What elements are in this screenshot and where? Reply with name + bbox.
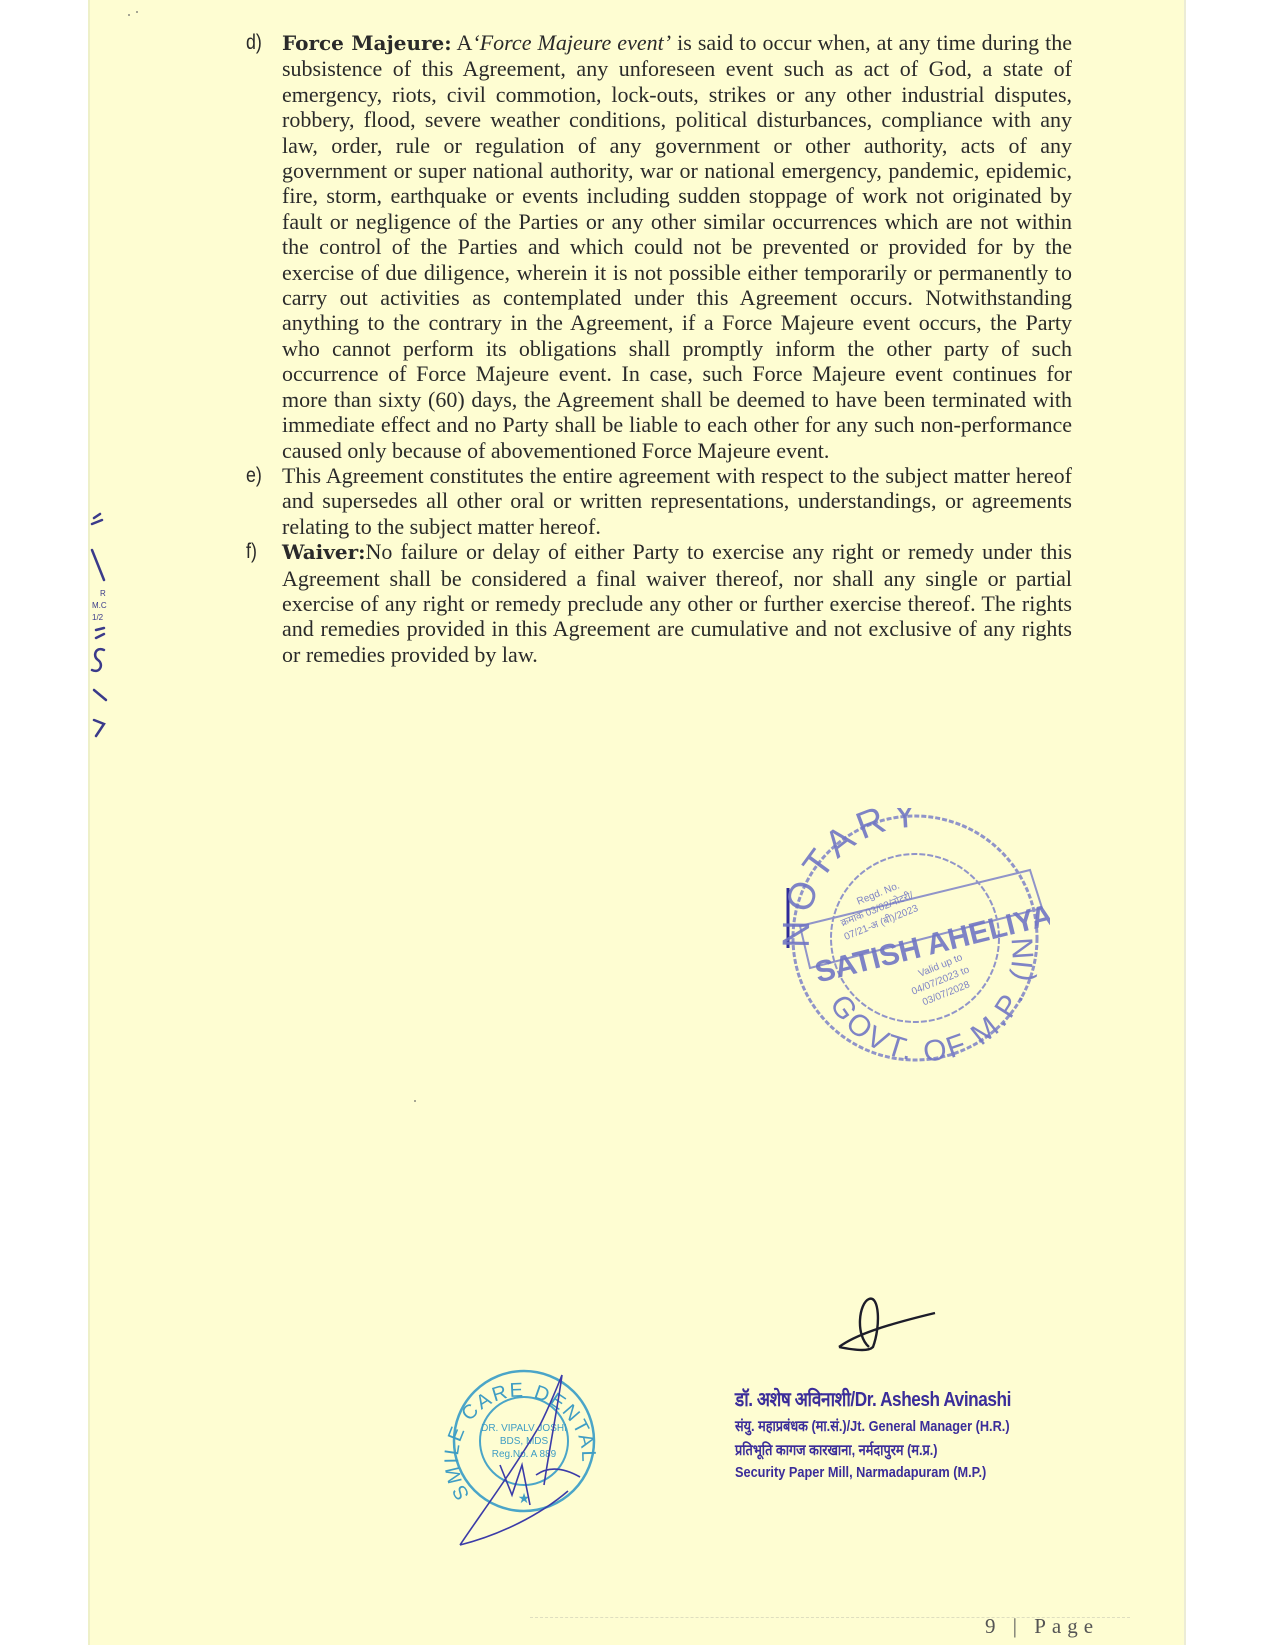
clause-text: This Agreement constitutes the entire ag… [282,463,1072,539]
signature-scribble [835,1295,945,1355]
svg-text:NOTARY: NOTARY [780,808,925,948]
scan-speck [136,11,138,13]
clause-text: No failure or delay of either Party to e… [282,539,1072,667]
clause-defined-term: ‘Force Majeure event’ [472,30,671,55]
clause-marker: f) [246,539,257,564]
clause-force-majeure: d) Force Majeure: A‘Force Majeure event’… [246,30,1072,463]
clinic-qualification: BDS, MDS [500,1436,549,1447]
scan-speck [128,14,130,16]
svg-text:M.C: M.C [92,601,107,610]
clause-marker: e) [246,463,262,488]
svg-text:SMILE CARE DENTAL CLINIC: SMILE CARE DENTAL CLINIC [440,1365,599,1504]
scan-speck [414,1100,416,1102]
clause-list: d) Force Majeure: A‘Force Majeure event’… [246,30,1072,667]
clinic-stamp: SMILE CARE DENTAL CLINIC DR. VIPALV JOSH… [440,1365,610,1555]
notary-top-arc: NOTARY [780,808,925,948]
page-number: 9 | Page [985,1614,1099,1639]
margin-handwriting: RM.C1/2 [86,510,126,760]
clause-marker: d) [246,30,262,55]
svg-text:R: R [100,589,106,598]
clinic-arc-text: SMILE CARE DENTAL CLINIC [440,1365,599,1504]
signatory-org-english: Security Paper Mill, Narmadapuram (M.P.) [735,1464,1007,1481]
clause-heading: Force Majeure: [282,31,452,55]
signatory-title: संयु. महाप्रबंधक (मा.सं.)/Jt. General Ma… [735,1416,1007,1436]
signatory-org-hindi: प्रतिभूति कागज कारखाना, नर्मदापुरम (म.प्… [735,1440,1007,1460]
clause-text: is said to occur when, at any time durin… [282,30,1072,463]
clause-waiver: f) Waiver:No failure or delay of either … [246,539,1072,667]
signatory-name: डॉ. अशेष अविनाशी/Dr. Ashesh Avinashi [735,1385,1010,1412]
clause-intro: A [452,30,473,55]
clause-entire-agreement: e) This Agreement constitutes the entire… [246,463,1072,539]
signatory-block: डॉ. अशेष अविनाशी/Dr. Ashesh Avinashi संय… [735,1385,1055,1481]
clause-heading: Waiver: [282,540,366,564]
notary-stamp: NOTARY GOVT. OF M.P. (INDIA) SATISH AHEL… [780,808,1050,1068]
svg-text:1/2: 1/2 [92,613,104,622]
